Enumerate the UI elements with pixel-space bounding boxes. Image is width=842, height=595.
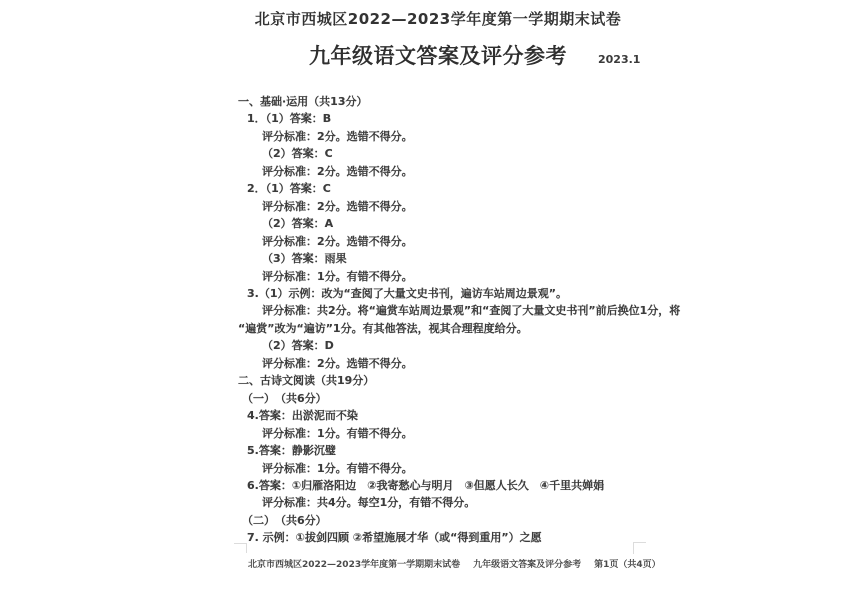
answer-line: （2）答案：A bbox=[238, 215, 658, 232]
subsection-heading: （二） （共6分） bbox=[238, 512, 658, 529]
scoring-line: 评分标准：共2分。将“遍赏车站周边景观”和“查阅了大量文史书刊”前后换位1分，将 bbox=[238, 302, 658, 319]
answer-line: 3.（1）示例：改为“查阅了大量文史书刊，遍访车站周边景观”。 bbox=[238, 285, 658, 302]
answer-key-body: 一、基础·运用（共13分） 1．（1）答案：B 评分标准：2分。选错不得分。 （… bbox=[238, 93, 658, 547]
subsection-heading: （一） （共6分） bbox=[238, 390, 658, 407]
scoring-line: 评分标准：2分。选错不得分。 bbox=[238, 198, 658, 215]
scan-corner-mark-right bbox=[633, 542, 646, 554]
page-footer: 北京市西城区2022—2023学年度第一学期期末试卷九年级语文答案及评分参考第1… bbox=[248, 557, 661, 570]
scanned-answer-key-page: { "colors": { "text": "#3a3a3a", "backgr… bbox=[0, 0, 842, 595]
answer-line: 1．（1）答案：B bbox=[238, 110, 658, 127]
answer-line: （3）答案：雨果 bbox=[238, 250, 658, 267]
answer-line: （2）答案：C bbox=[238, 145, 658, 162]
footer-exam-name: 北京市西城区2022—2023学年度第一学期期末试卷 bbox=[248, 560, 460, 570]
answer-line: 2．（1）答案：C bbox=[238, 180, 658, 197]
scoring-line: 评分标准：1分。有错不得分。 bbox=[238, 460, 658, 477]
answer-line: 6.答案：①归雁洛阳边 ②我寄愁心与明月 ③但愿人长久 ④千里共婵娟 bbox=[238, 477, 658, 494]
scoring-line: 评分标准：共4分。每空1分，有错不得分。 bbox=[238, 494, 658, 511]
exam-header-title: 北京市西城区2022—2023学年度第一学期期末试卷 bbox=[238, 8, 638, 29]
scan-corner-mark-left bbox=[234, 543, 247, 553]
scoring-line: 评分标准：2分。选错不得分。 bbox=[238, 163, 658, 180]
date-label: 2023.1 bbox=[598, 53, 640, 66]
footer-paper-name: 九年级语文答案及评分参考 bbox=[473, 560, 581, 570]
answer-line: 5.答案：静影沉璧 bbox=[238, 442, 658, 459]
footer-page-number: 第1页（共4页） bbox=[594, 560, 661, 570]
section-heading: 二、古诗文阅读（共19分） bbox=[238, 372, 658, 389]
scoring-line: 评分标准：2分。选错不得分。 bbox=[238, 233, 658, 250]
answer-line: 7. 示例：①拔剑四顾 ②希望施展才华（或“得到重用”）之愿 bbox=[238, 529, 658, 546]
scoring-line: 评分标准：2分。选错不得分。 bbox=[238, 355, 658, 372]
scoring-line: 评分标准：1分。有错不得分。 bbox=[238, 425, 658, 442]
scoring-line: 评分标准：2分。选错不得分。 bbox=[238, 128, 658, 145]
document-page: 北京市西城区2022—2023学年度第一学期期末试卷 九年级语文答案及评分参考 … bbox=[238, 0, 638, 595]
scoring-line: 评分标准：1分。有错不得分。 bbox=[238, 268, 658, 285]
page-title: 九年级语文答案及评分参考 bbox=[238, 40, 638, 70]
answer-line: 4.答案：出淤泥而不染 bbox=[238, 407, 658, 424]
scoring-line-continued: “遍赏”改为“遍访”1分。有其他答法，视其合理程度给分。 bbox=[238, 320, 658, 337]
section-heading: 一、基础·运用（共13分） bbox=[238, 93, 658, 110]
answer-line: （2）答案：D bbox=[238, 337, 658, 354]
